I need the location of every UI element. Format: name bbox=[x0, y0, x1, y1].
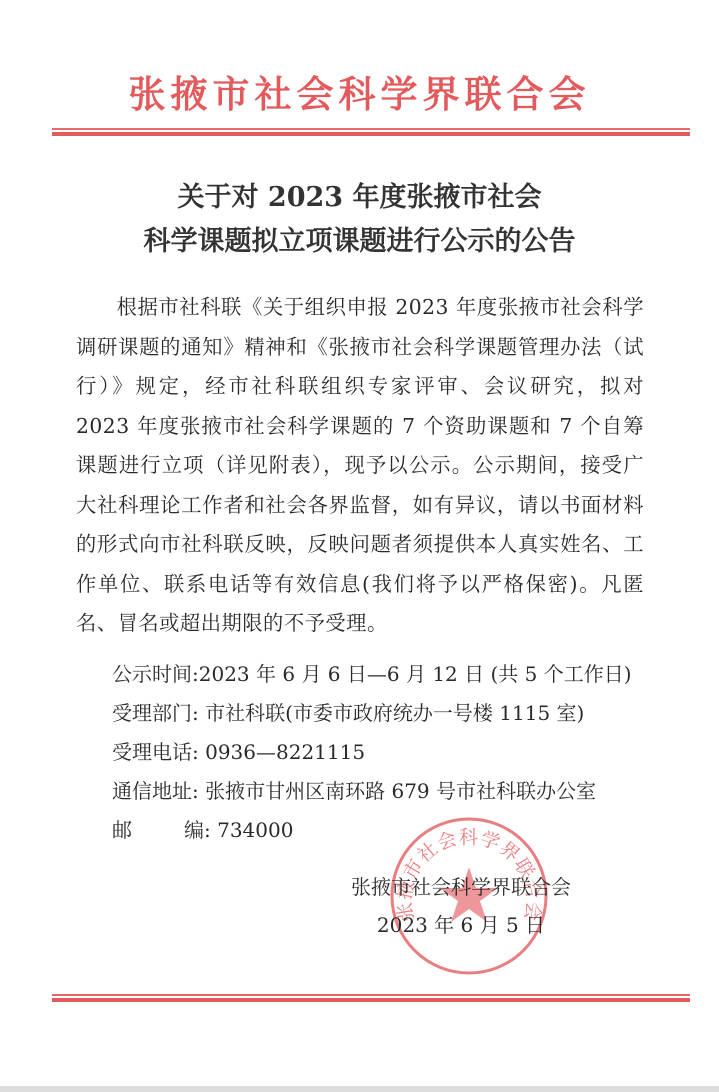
footer-rule bbox=[52, 994, 690, 1002]
title-line-1: 关于对 2023 年度张掖市社会 bbox=[0, 176, 719, 220]
info-value: 734000 bbox=[211, 818, 294, 842]
info-label: 受理电话: bbox=[112, 733, 199, 772]
info-label: 编: bbox=[184, 811, 211, 850]
contact-info-list: 公示时间:2023 年 6 月 6 日—6 月 12 日 (共 5 个工作日) … bbox=[112, 655, 632, 850]
info-row-department: 受理部门: 市社科联(市委市政府统办一号楼 1115 室) bbox=[112, 694, 632, 733]
letterhead-rule bbox=[52, 128, 690, 136]
title-line-2: 科学课题拟立项课题进行公示的公告 bbox=[0, 220, 719, 264]
document-page: 张掖市社会科学界联合会 关于对 2023 年度张掖市社会 科学课题拟立项课题进行… bbox=[0, 0, 719, 1086]
info-row-period: 公示时间:2023 年 6 月 6 日—6 月 12 日 (共 5 个工作日) bbox=[112, 655, 632, 694]
info-label: 公示时间: bbox=[112, 655, 199, 694]
info-label: 通信地址: bbox=[112, 772, 199, 811]
info-row-postcode: 邮编: 734000 bbox=[112, 811, 632, 850]
info-row-address: 通信地址: 张掖市甘州区南环路 679 号市社科联办公室 bbox=[112, 772, 632, 811]
info-value: 市社科联(市委市政府统办一号楼 1115 室) bbox=[199, 701, 585, 725]
info-value: 2023 年 6 月 6 日—6 月 12 日 (共 5 个工作日) bbox=[199, 662, 632, 686]
info-label: 邮 bbox=[112, 811, 184, 850]
org-letterhead: 张掖市社会科学界联合会 bbox=[0, 70, 719, 120]
viewer-bottom-band bbox=[0, 1086, 719, 1092]
notice-body: 根据市社科联《关于组织申报 2023 年度张掖市社会科学调研课题的通知》精神和《… bbox=[76, 288, 644, 644]
info-row-phone: 受理电话: 0936—8221115 bbox=[112, 733, 632, 772]
info-label: 受理部门: bbox=[112, 694, 199, 733]
info-value: 张掖市甘州区南环路 679 号市社科联办公室 bbox=[199, 779, 596, 803]
signature-org: 张掖市社会科学界联合会 bbox=[336, 868, 586, 906]
body-paragraph: 根据市社科联《关于组织申报 2023 年度张掖市社会科学调研课题的通知》精神和《… bbox=[76, 288, 644, 644]
info-value: 0936—8221115 bbox=[199, 740, 365, 764]
notice-title: 关于对 2023 年度张掖市社会 科学课题拟立项课题进行公示的公告 bbox=[0, 176, 719, 264]
signature-block: 张掖市社会科学界联合会 2023 年 6 月 5 日 bbox=[336, 868, 586, 944]
signature-date: 2023 年 6 月 5 日 bbox=[336, 906, 586, 944]
